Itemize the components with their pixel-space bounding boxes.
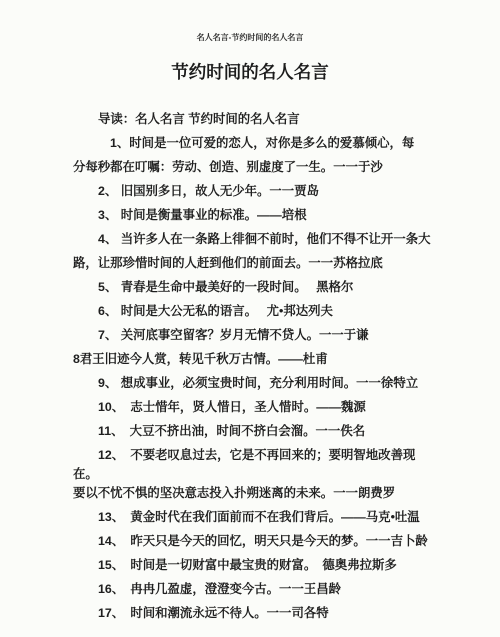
document-line: 导读：名人名言 节约时间的名人名言: [73, 107, 500, 131]
document-line: 1、时间是一位可爱的恋人，对你是多么的爱慕倾心，每: [73, 131, 500, 155]
document-line: 16、 冉冉几盈虚，澄澄变今古。一一王昌龄: [73, 577, 500, 601]
document-line: 7、 关河底事空留客？岁月无情不贷人。一一于谦: [73, 323, 500, 347]
document-line: 6、 时间是大公无私的语言。 尤•邦达列夫: [73, 299, 500, 323]
document-line: 分每秒都在叮嘱：劳动、创造、别虚度了一生。一一于沙: [73, 155, 500, 179]
document-line: 3、 时间是衡量事业的标准。——培根: [73, 203, 500, 227]
document-body: 导读：名人名言 节约时间的名人名言1、时间是一位可爱的恋人，对你是多么的爱慕倾心…: [0, 107, 500, 625]
document-page: 名人名言-节约时间的名人名言 节约时间的名人名言 导读：名人名言 节约时间的名人…: [0, 0, 500, 637]
document-line: 路，让那珍惜时间的人赶到他们的前面去。一一苏格拉底: [73, 251, 500, 275]
document-line: 15、 时间是一切财富中最宝贵的财富。 德奥弗拉斯多: [73, 553, 500, 577]
document-line: 要以不忧不惧的坚决意志投入扑朔迷离的未来。一一朗费罗: [73, 481, 500, 505]
document-line: 13、 黄金时代在我们面前而不在我们背后。——马克•吐温: [73, 505, 500, 529]
document-line: 4、 当许多人在一条路上徘徊不前时，他们不得不让开一条大: [73, 227, 500, 251]
document-line: 5、 青春是生命中最美好的一段时间。 黑格尔: [73, 275, 500, 299]
document-line: 10、 志士惜年，贤人惜日，圣人惜时。——魏源: [73, 395, 500, 419]
document-line: 8君王旧迹今人赏，转见千秋万古情。——杜甫: [73, 347, 500, 371]
document-line: 2、 旧国别多日，故人无少年。一一贾岛: [73, 179, 500, 203]
page-title: 节约时间的名人名言: [0, 60, 500, 84]
document-line: 在。: [73, 467, 500, 481]
document-line: 14、 昨天只是今天的回忆，明天只是今天的梦。一一吉卜龄: [73, 529, 500, 553]
breadcrumb: 名人名言-节约时间的名人名言: [0, 0, 500, 43]
document-line: 9、 想成事业，必须宝贵时间，充分利用时间。一一徐特立: [73, 371, 500, 395]
document-line: 11、 大豆不挤出油，时间不挤白会溜。一一佚名: [73, 419, 500, 443]
document-line: 17、 时间和潮流永远不待人。一一司各特: [73, 601, 500, 625]
document-line: 12、 不要老叹息过去，它是不再回来的；要明智地改善现: [73, 443, 500, 467]
